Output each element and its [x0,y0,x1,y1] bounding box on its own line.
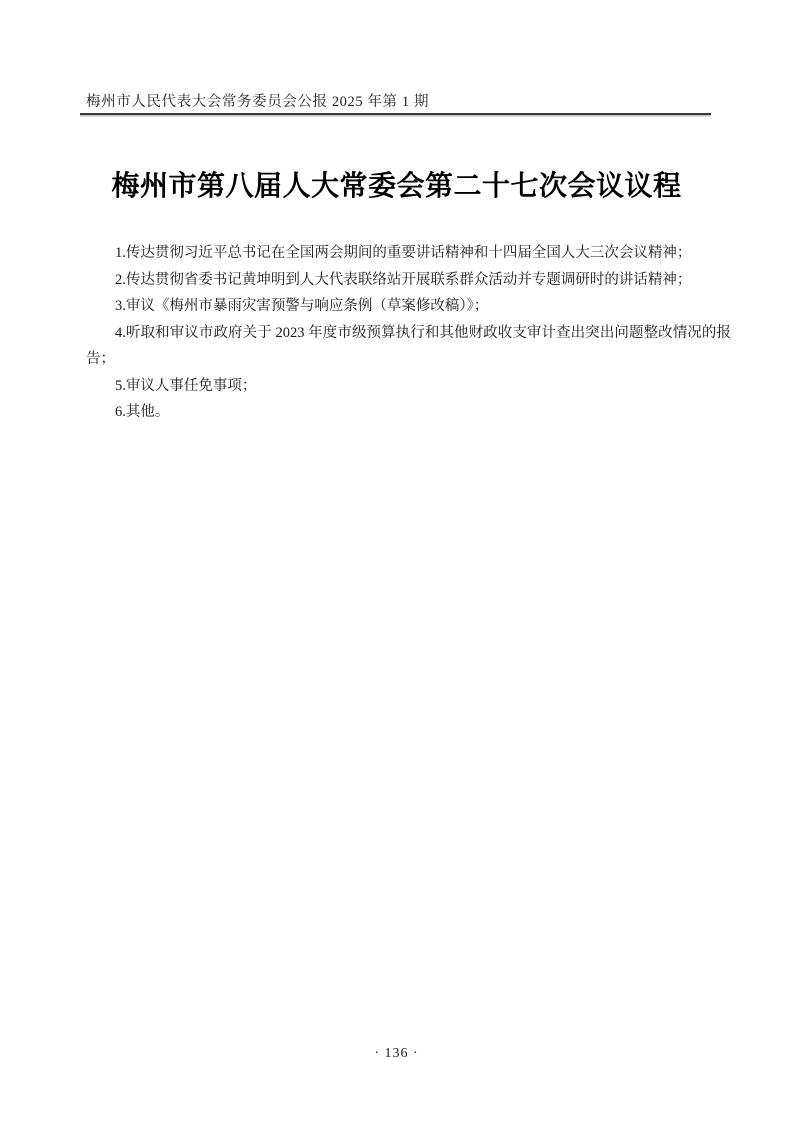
agenda-item-3: 3.审议《梅州市暴雨灾害预警与响应条例（草案修改稿）》； [86,293,731,320]
header-rule [80,113,711,115]
document-page: 梅州市人民代表大会常务委员会公报 2025 年第 1 期 梅州市第八届人大常委会… [0,0,793,1122]
agenda-list: 1.传达贯彻习近平总书记在全国两会期间的重要讲话精神和十四届全国人大三次会议精神… [86,240,731,426]
page-title: 梅州市第八届人大常委会第二十七次会议议程 [0,164,793,204]
agenda-item-6: 6.其他。 [86,399,731,426]
agenda-item-4: 4.听取和审议市政府关于 2023 年度市级预算执行和其他财政收支审计查出突出问… [86,320,731,373]
agenda-item-1: 1.传达贯彻习近平总书记在全国两会期间的重要讲话精神和十四届全国人大三次会议精神… [86,240,731,267]
agenda-item-2: 2.传达贯彻省委书记黄坤明到人大代表联络站开展联系群众活动并专题调研时的讲话精神… [86,267,731,294]
running-header: 梅州市人民代表大会常务委员会公报 2025 年第 1 期 [86,90,429,111]
agenda-item-5: 5.审议人事任免事项； [86,373,731,400]
page-number: · 136 · [0,1046,793,1062]
